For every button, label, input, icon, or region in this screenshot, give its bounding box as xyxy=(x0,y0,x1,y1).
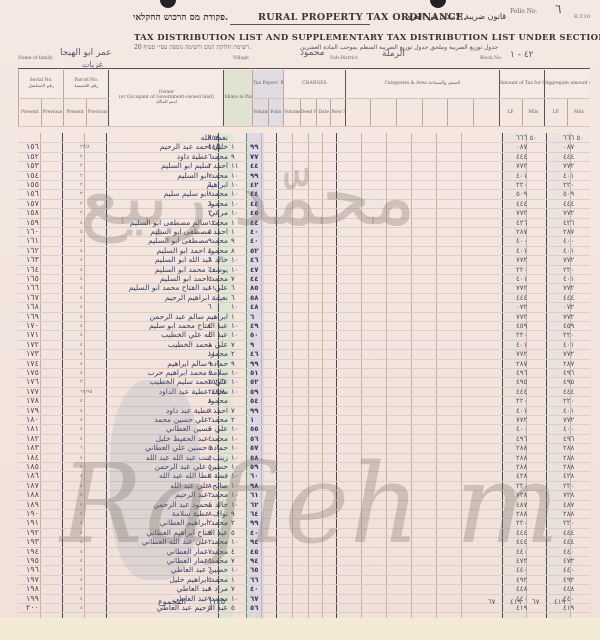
col-tax-lp: LP. xyxy=(499,98,522,126)
col-categories: Categories & Area الصنف والمساحة xyxy=(345,70,499,98)
col-owner: Owner(or Occupant of Government-owned la… xyxy=(109,70,224,126)
col-tax-mils: Mils xyxy=(522,98,545,126)
punch-hole xyxy=(430,0,446,8)
col-new-serial-no: New Serial No. xyxy=(331,98,345,126)
title-arabic: قانون ضريبة الاملاك في القرى xyxy=(405,12,506,21)
village-value: محمود xyxy=(300,48,325,58)
folio-value: ٦ xyxy=(555,2,561,16)
ink-shading xyxy=(110,380,200,580)
col-changes: CHANGES xyxy=(284,70,346,98)
form-number: R.T.10 xyxy=(574,14,590,20)
col-serial-present: Present xyxy=(19,98,42,126)
col-date: Date xyxy=(316,98,330,126)
col-deed-no: Deed No. xyxy=(300,98,316,126)
col-cat-2 xyxy=(371,98,397,126)
col-parcel-no: Parcel No.رقم القسيمة xyxy=(64,70,109,98)
col-parcel-previous: Previous xyxy=(86,98,109,126)
col-cat-1 xyxy=(345,98,371,126)
col-aggregate-amount: Aggregate amount of Tax per owner xyxy=(545,70,590,98)
totals-label: المجموع xyxy=(158,596,186,608)
folio-label: Folio No. xyxy=(510,8,537,15)
sub-district-value: الرملة xyxy=(382,49,405,59)
col-changes-volume: Volume xyxy=(284,98,300,126)
col-cat-4 xyxy=(422,98,448,126)
block-label: Block No. xyxy=(480,56,502,61)
col-serial-previous: Previous xyxy=(41,98,64,126)
col-amount-of-tax: Amount of Tax for Category xyxy=(499,70,544,98)
column-header-table: Serial No.رقم التسلسل Parcel No.رقم القس… xyxy=(18,70,590,127)
col-folio: Folio xyxy=(268,98,283,126)
title-hebrew: פקודת מס הרכוש החקלאי. xyxy=(133,12,228,23)
totals-share: ١١٤٥ xyxy=(208,596,225,608)
block-value: ٤٢ - ١ xyxy=(510,50,534,60)
col-share: Share in Parcel or in Undivided units xyxy=(224,70,253,126)
col-tax-payers-register: Tax Payers' Register xyxy=(253,70,284,98)
name-of-family-value: عمر ابو الهيجا xyxy=(60,48,112,58)
sub-district-label: Sub-District xyxy=(330,56,357,61)
paper-edge xyxy=(0,618,600,640)
title-rule xyxy=(230,24,370,25)
subtitle-hebrew: רשימת חלוקת המס ורשימה נוספת עפ״י סעיף 2… xyxy=(134,44,251,51)
col-cat-3 xyxy=(397,98,423,126)
col-parcel-present: Present xyxy=(64,98,87,126)
col-cat-6 xyxy=(474,98,500,126)
col-agg-mils: Mils xyxy=(567,98,590,126)
table-body: نعمة الله٨٥٨٥٠ ٦٦٦٥٠ ٦٦٦١٥٦٢٣/٨خليل احمد… xyxy=(18,133,590,618)
punch-hole xyxy=(160,0,176,8)
col-serial-no: Serial No.رقم التسلسل xyxy=(19,70,64,98)
col-cat-5 xyxy=(448,98,474,126)
totals-tax-mils: ٤١٩ xyxy=(510,596,521,608)
village-label: Village xyxy=(233,56,249,61)
header-top-rule xyxy=(18,68,590,69)
totals-agg-mils: ٤١٩ xyxy=(554,596,565,608)
totals-tax-lp: ٦٧ xyxy=(488,596,496,608)
totals-agg-lp: ٦٧ xyxy=(532,596,540,608)
name-of-family-label: Name of family xyxy=(18,56,53,61)
subtitle-english: TAX DISTRIBUTION LIST AND SUPPLEMENTARY … xyxy=(134,33,600,43)
col-volume: Volume xyxy=(253,98,268,126)
col-agg-lp: LP. xyxy=(545,98,568,126)
document-page: R.T.10 פקודת מס הרכוש החקלאי. RURAL PROP… xyxy=(0,0,600,640)
totals-row: المجموع ١١٤٥ ٦٧ ٤١٩ ٦٧ ٤١٩ xyxy=(18,596,590,610)
